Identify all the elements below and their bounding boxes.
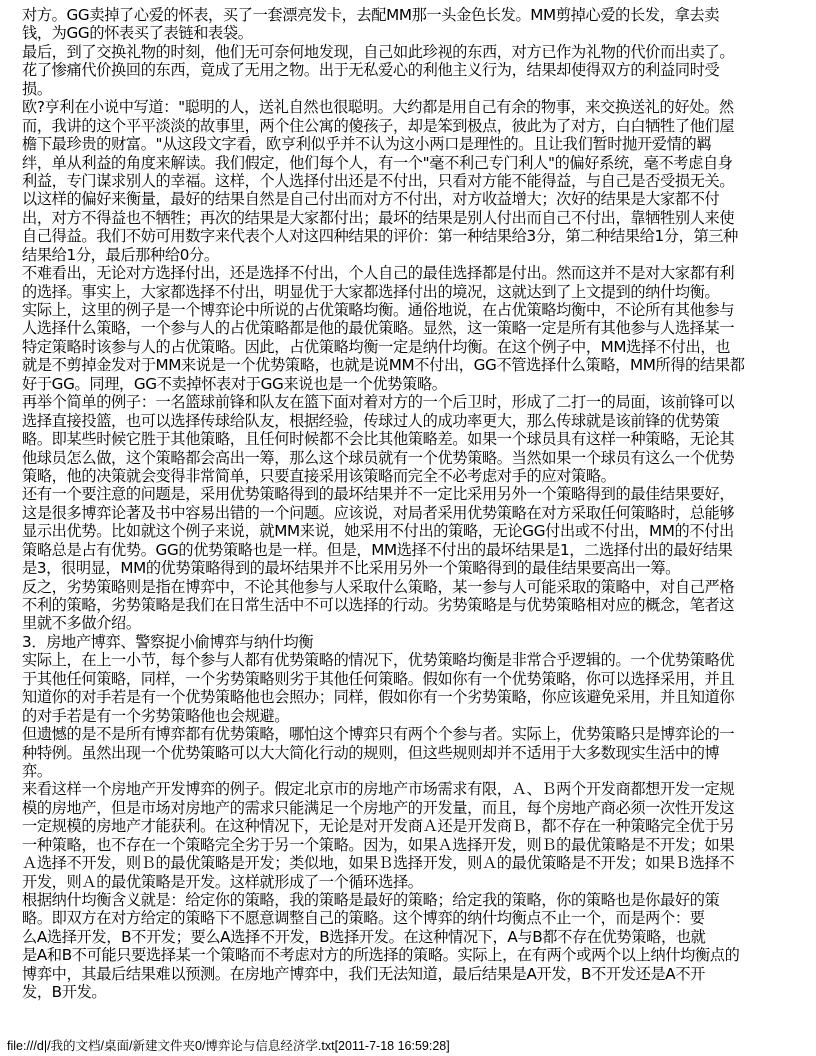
text-line: 以这样的偏好来衡量，最好的结果自然是自己付出而对方不付出，对方收益增大；次好的结…: [22, 190, 802, 208]
text-line: 利益，专门谋求别人的幸福。这样，个人选择付出还是不付出，只看对方能不能得益，与自…: [22, 172, 802, 190]
text-line: 不利的策略，劣势策略是我们在日常生活中不可以选择的行动。劣势策略是与优势策略相对…: [22, 596, 802, 614]
text-line: 的选择。事实上，大家都选择不付出，明显优于大家都选择付出的境况，这就达到了上文提…: [22, 283, 802, 301]
text-line: 反之，劣势策略则是指在博弈中，不论其他参与人采取什么策略，某一参与人可能采取的策…: [22, 578, 802, 596]
text-line: 好于GG。同理，GG不卖掉怀表对于GG来说也是一个优势策略。: [22, 375, 802, 393]
text-line: 么A选择开发，B不开发；要么A选择不开发，B选择开发。在这种情况下，A与B都不存…: [22, 928, 802, 946]
text-line: 就是不剪掉金发对于MM来说是一个优势策略，也就是说MM不付出，GG不管选择什么策…: [22, 356, 802, 374]
text-line: 出，对方不得益也不牺牲；再次的结果是大家都付出；最坏的结果是别人付出而自己不付出…: [22, 209, 802, 227]
document-body: 对方。GG卖掉了心爱的怀表，买了一套漂亮发卡，去配MM那一头金色长发。MM剪掉心…: [22, 6, 802, 1002]
text-line: 他球员怎么做，这个策略都会高出一筹，那么这个球员就有一个优势策略。当然如果一个球…: [22, 449, 802, 467]
text-line: 博弈中，其最后结果难以预测。在房地产博弈中，我们无法知道，最后结果是A开发，B不…: [22, 965, 802, 983]
text-line: 一种策略，也不存在一个策略完全劣于另一个策略。因为，如果Ａ选择开发，则Ｂ的最优策…: [22, 836, 802, 854]
text-line: 不难看出，无论对方选择付出，还是选择不付出，个人自己的最佳选择都是付出。然而这并…: [22, 264, 802, 282]
text-line: 的对手若是有一个劣势策略他也会规避。: [22, 707, 802, 725]
text-line: 花了惨痛代价换回的东西，竟成了无用之物。出于无私爱心的利他主义行为，结果却使得双…: [22, 61, 802, 79]
text-line: 还有一个要注意的问题是，采用优势策略得到的最坏结果并不一定比采用另外一个策略得到…: [22, 485, 802, 503]
text-line: 弈。: [22, 762, 802, 780]
text-line: 特定策略时该参与人的占优策略。因此，占优策略均衡一定是纳什均衡。在这个例子中，M…: [22, 338, 802, 356]
page-footer-file-path: file:///d|/我的文档/桌面/新建文件夹0/博弈论与信息经济学.txt[…: [7, 1036, 450, 1054]
text-line: 模的房地产，但是市场对房地产的需求只能满足一个房地产的开发量，而且，每个房地产商…: [22, 799, 802, 817]
text-line: 欧?亨利在小说中写道："聪明的人，送礼自然也很聪明。大约都是用自己有余的物事，来…: [22, 98, 802, 116]
text-line: 再举个简单的例子：一名篮球前锋和队友在篮下面对着对方的一个后卫时，形成了二打一的…: [22, 393, 802, 411]
text-line: 种特例。虽然出现一个优势策略可以大大简化行动的规则，但这些规则却并不适用于大多数…: [22, 744, 802, 762]
text-line: 损。: [22, 80, 802, 98]
text-line: 实际上，这里的例子是一个博弈论中所说的占优策略均衡。通俗地说，在占优策略均衡中，…: [22, 301, 802, 319]
text-line: 略。即双方在对方给定的策略下不愿意调整自己的策略。这个博弈的纳什均衡点不止一个，…: [22, 909, 802, 927]
text-line: 最后，到了交换礼物的时刻，他们无可奈何地发现，自己如此珍视的东西，对方已作为礼物…: [22, 43, 802, 61]
text-line: 知道你的对手若是有一个优势策略他也会照办；同样，假如你有一个劣势策略，你应该避免…: [22, 688, 802, 706]
text-line: 于其他任何策略，同样，一个劣势策略则劣于其他任何策略。假如你有一个优势策略，你可…: [22, 670, 802, 688]
text-line: 略。即某些时候它胜于其他策略，且任何时候都不会比其他策略差。如果一个球员具有这样…: [22, 430, 802, 448]
text-line: 对方。GG卖掉了心爱的怀表，买了一套漂亮发卡，去配MM那一头金色长发。MM剪掉心…: [22, 6, 802, 24]
text-line: 显示出优势。比如就这个例子来说，就MM来说，她采用不付出的策略，无论GG付出或不…: [22, 522, 802, 540]
text-line: 而，我讲的这个平平淡淡的故事里，两个住公寓的傻孩子，却是笨到极点，彼此为了对方，…: [22, 117, 802, 135]
text-line: 开发，则Ａ的最优策略是开发。这样就形成了一个循环选择。: [22, 873, 802, 891]
text-line: 钱，为GG的怀表买了表链和表袋。: [22, 24, 802, 42]
text-line: 绊，单从利益的角度来解读。我们假定，他们每个人，有一个"毫不利己专门利人"的偏好…: [22, 154, 802, 172]
text-line: 根据纳什均衡含义就是：给定你的策略，我的策略是最好的策略；给定我的策略，你的策略…: [22, 891, 802, 909]
text-line: 一定规模的房地产才能获利。在这种情况下，无论是对开发商Ａ还是开发商Ｂ，都不存在一…: [22, 817, 802, 835]
text-line: 里就不多做介绍。: [22, 614, 802, 632]
text-line: Ａ选择不开发，则Ｂ的最优策略是开发；类似地，如果Ｂ选择开发，则Ａ的最优策略是不开…: [22, 854, 802, 872]
text-line: 策略，他的决策就会变得非常简单，只要直接采用该策略而完全不必考虑对手的应对策略。: [22, 467, 802, 485]
text-line: 檐下最珍贵的财富。"从这段文字看，欧亨利似乎并不认为这小两口是理性的。且让我们暂…: [22, 135, 802, 153]
text-line: 结果给1分，最后那种给0分。: [22, 246, 802, 264]
section-heading: 3．房地产博弈、警察捉小偷博弈与纳什均衡: [22, 633, 802, 651]
text-line: 是3，很明显，MM的优势策略得到的最坏结果并不比采用另外一个策略得到的最佳结果要…: [22, 559, 802, 577]
text-line: 选择直接投篮，也可以选择传球给队友，根据经验，传球过人的成功率更大，那么传球就是…: [22, 412, 802, 430]
text-line: 但遗憾的是不是所有博弈都有优势策略，哪怕这个博弈只有两个个参与者。实际上，优势策…: [22, 725, 802, 743]
text-line: 实际上，在上一小节，每个参与人都有优势策略的情况下，优势策略均衡是非常合乎逻辑的…: [22, 651, 802, 669]
text-line: 人选择什么策略，一个参与人的占优策略都是他的最优策略。显然，这一策略一定是所有其…: [22, 319, 802, 337]
text-line: 发，B开发。: [22, 983, 802, 1001]
text-line: 策略总是占有优势。GG的优势策略也是一样。但是，MM选择不付出的最坏结果是1，二…: [22, 541, 802, 559]
text-line: 来看这样一个房地产开发博弈的例子。假定北京市的房地产市场需求有限，Ａ、Ｂ两个开发…: [22, 780, 802, 798]
text-line: 自己得益。我们不妨可用数字来代表个人对这四种结果的评价：第一种结果给3分，第二种…: [22, 227, 802, 245]
text-line: 这是很多博弈论著及书中容易出错的一个问题。应该说，对局者采用优势策略在对方采取任…: [22, 504, 802, 522]
text-line: 是A和B不可能只要选择某一个策略而不考虑对方的所选择的策略。实际上，在有两个或两…: [22, 946, 802, 964]
